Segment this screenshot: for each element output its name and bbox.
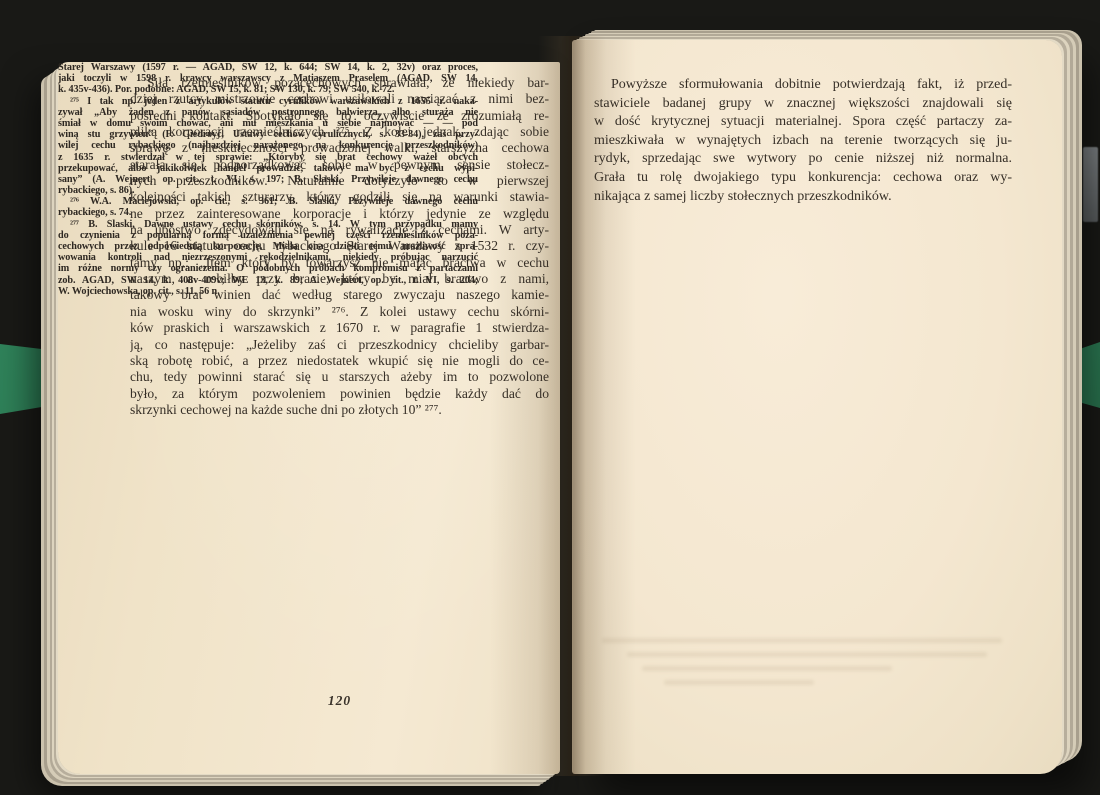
show-through-text	[627, 652, 987, 657]
text-line: pośredni kontakt. Spotykało się to oczyw…	[130, 108, 549, 124]
text-line: kule 16 statutu cechu rybackiego Starej …	[130, 238, 549, 254]
text-line: pliką korporacji rzemieślniczych ²⁷⁵. Z …	[130, 124, 549, 140]
show-through-text	[602, 638, 1002, 643]
text-line: skrzynki cechowej na każde suche dni po …	[130, 402, 549, 418]
cover-accent-left	[0, 344, 58, 414]
text-line: naszym, a robiłby przy bracie, który by …	[130, 271, 549, 287]
text-line: starała się podporządkować sobie w pewny…	[130, 157, 549, 173]
left-page-body-text: Siła rzemieślników pozacechowych sprawia…	[130, 75, 549, 418]
show-through-text	[642, 666, 892, 671]
text-line: w dość krytycznej sytuacji materialnej. …	[594, 113, 1012, 132]
left-page: Siła rzemieślników pozacechowych sprawia…	[58, 62, 560, 774]
text-line: mieszkiwała w wynajętych izbach na teren…	[594, 132, 1012, 151]
text-line: było, za którym pozwoleniem powinien będ…	[130, 386, 549, 402]
page-number: 120	[130, 693, 549, 709]
show-through-text	[664, 680, 814, 685]
text-line: na ubóstwo zdecydowali się na rywalizacj…	[130, 222, 549, 238]
right-page: Powyższe sformułowania dobitnie potwierd…	[572, 40, 1062, 774]
cover-accent-right	[1072, 342, 1100, 408]
text-line: Powyższe sformułowania dobitnie potwierd…	[594, 76, 1012, 95]
text-line: chu, tedy powinni starać się u starszych…	[130, 369, 549, 385]
text-line: dziej rzutcy mistrzowie cechowi usiłowal…	[130, 91, 549, 107]
text-line: rydyk, sprzedając swe wytwory po cenie n…	[594, 150, 1012, 169]
text-line: kolejności takich szturarzy, którzy godz…	[130, 189, 549, 205]
text-line: nia wosku winy do skrzynki” ²⁷⁶. Z kolei…	[130, 304, 549, 320]
text-line: nych przeszkodników. Naturalnie dotyczył…	[130, 173, 549, 189]
text-line: ne przez zainteresowane korporacje i któ…	[130, 206, 549, 222]
text-line: Siła rzemieślników pozacechowych sprawia…	[130, 75, 549, 91]
text-line: ską robotę robić, a przez niedostatek wk…	[130, 353, 549, 369]
text-line: stawiciele badanej grupy w znacznej więk…	[594, 95, 1012, 114]
text-line: sprawę z nieskuteczności prowadzonej wal…	[130, 140, 549, 156]
right-page-body-text: Powyższe sformułowania dobitnie potwierd…	[594, 76, 1012, 206]
text-line: Starej Warszawy (1597 r. — AGAD, SW 12, …	[58, 62, 478, 73]
edge-label	[1083, 147, 1098, 222]
book-scan: Siła rzemieślników pozacechowych sprawia…	[0, 0, 1100, 795]
text-line: ków praskich i warszawskich z 1670 r. w …	[130, 320, 549, 336]
text-line: nikająca z samej liczby stołecznych prze…	[594, 188, 1012, 207]
text-line: ją, co następuje: „Jeżeliby zaś ci przes…	[130, 337, 549, 353]
text-line: takowy brat winien dać według starego zw…	[130, 287, 549, 303]
text-line: tamy np.: „Item który by towarzysz nie m…	[130, 255, 549, 271]
text-line: Grała tu rolę dwojakiego typu konkurencj…	[594, 169, 1012, 188]
